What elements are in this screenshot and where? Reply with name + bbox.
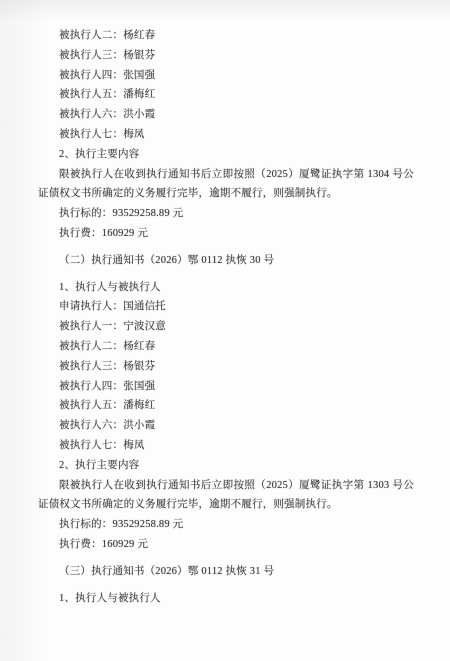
execution-notice-document: 被执行人二：杨红春被执行人三：杨银芬被执行人四：张国强被执行人五：潘梅红被执行人…	[0, 0, 450, 661]
document-line-label: 被执行人三：杨银芬	[38, 46, 414, 66]
document-line-paragraph: 限被执行人在收到执行通知书后立即按照（2025）厦鹭证执字第 1303 号公证债…	[38, 476, 414, 516]
document-line-label: 被执行人一：宁波汉意	[38, 317, 414, 337]
document-line-label: 2、执行主要内容	[38, 456, 414, 476]
document-line-label: 执行标的：93529258.89 元	[38, 515, 414, 535]
document-lines: 被执行人二：杨红春被执行人三：杨银芬被执行人四：张国强被执行人五：潘梅红被执行人…	[38, 26, 414, 608]
document-line-label: 被执行人二：杨红春	[38, 337, 414, 357]
document-line-label: 被执行人六：洪小霞	[38, 105, 414, 125]
document-line-label: 被执行人六：洪小霞	[38, 416, 414, 436]
document-line-paragraph: 限被执行人在收到执行通知书后立即按照（2025）厦鹭证执字第 1304 号公证债…	[38, 165, 414, 205]
document-line-label: 被执行人七：梅凤	[38, 436, 414, 456]
document-line-label: 被执行人七：梅凤	[38, 125, 414, 145]
document-line-label: 被执行人四：张国强	[38, 377, 414, 397]
document-line-label: 被执行人三：杨银芬	[38, 357, 414, 377]
document-line-label: 申请执行人：国通信托	[38, 297, 414, 317]
document-line-heading: （三）执行通知书（2026）鄂 0112 执恢 31 号	[38, 562, 414, 582]
scanned-document-screenshot: { "page": { "background": "#fdfdfd", "te…	[0, 0, 450, 661]
document-line-label: 被执行人四：张国强	[38, 66, 414, 86]
document-line-label: 被执行人二：杨红春	[38, 26, 414, 46]
document-line-label: 1、执行人与被执行人	[38, 278, 414, 298]
document-line-label: 执行费：160929 元	[38, 535, 414, 555]
document-line-label: 1、执行人与被执行人	[38, 589, 414, 609]
document-line-label: 执行费：160929 元	[38, 224, 414, 244]
document-line-label: 2、执行主要内容	[38, 145, 414, 165]
document-line-label: 被执行人五：潘梅红	[38, 396, 414, 416]
document-line-heading: （二）执行通知书（2026）鄂 0112 执恢 30 号	[38, 251, 414, 271]
document-line-label: 被执行人五：潘梅红	[38, 85, 414, 105]
document-line-label: 执行标的：93529258.89 元	[38, 204, 414, 224]
